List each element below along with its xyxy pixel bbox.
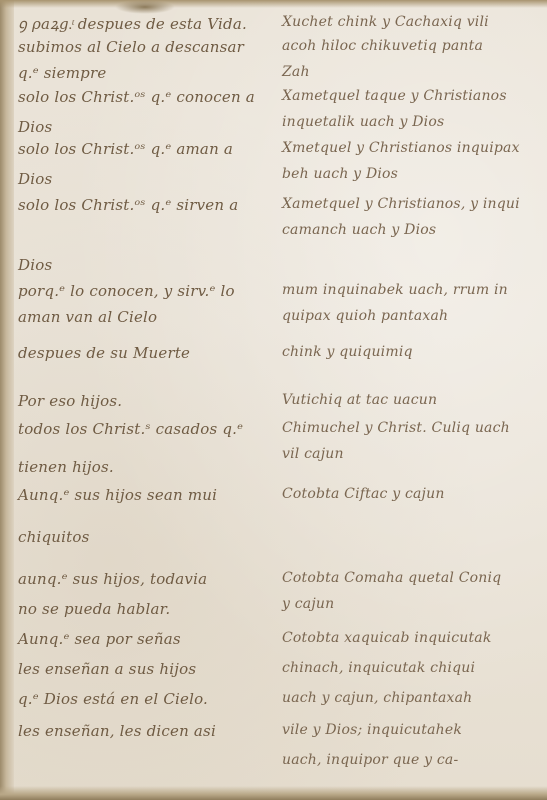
manuscript-line: solo los Christ.ᵒˢ q.ᵉ conocen a bbox=[18, 88, 255, 106]
page-top-edge bbox=[0, 0, 547, 8]
manuscript-line: inquetalik uach y Dios bbox=[282, 114, 444, 130]
manuscript-line: Xmetquel y Christianos inquipax bbox=[282, 140, 520, 156]
page-bottom-edge bbox=[0, 786, 547, 800]
manuscript-line: mum inquinabek uach, rrum in bbox=[282, 282, 508, 298]
manuscript-line: uach, inquipor que y ca- bbox=[282, 752, 458, 768]
page-binding-edge bbox=[0, 0, 14, 800]
manuscript-line: beh uach y Dios bbox=[282, 166, 398, 182]
manuscript-line: Aunq.ᵉ sea por señas bbox=[18, 630, 181, 648]
manuscript-line: despues de su Muerte bbox=[18, 344, 190, 362]
manuscript-line: todos los Christ.ˢ casados q.ᵉ bbox=[18, 420, 243, 438]
manuscript-line: q.ᵉ siempre bbox=[18, 64, 106, 82]
manuscript-line: Cotobta xaquicab inquicutak bbox=[282, 630, 492, 646]
manuscript-line: Dios bbox=[18, 118, 52, 136]
manuscript-line: subimos al Cielo a descansar bbox=[18, 38, 244, 56]
manuscript-line: chinach, inquicutak chiqui bbox=[282, 660, 475, 676]
manuscript-line: Xametquel y Christianos, y inqui bbox=[282, 196, 520, 212]
manuscript-line: Zah bbox=[282, 64, 310, 80]
manuscript-line: Xuchet chink y Cachaxiq vili bbox=[282, 14, 489, 30]
manuscript-line: quipax quioh pantaxah bbox=[282, 308, 448, 324]
manuscript-line: uach y cajun, chipantaxah bbox=[282, 690, 472, 706]
manuscript-line: solo los Christ.ᵒˢ q.ᵉ aman a bbox=[18, 140, 233, 158]
manuscript-line: aman van al Cielo bbox=[18, 308, 157, 326]
manuscript-line: Vutichiq at tac uacun bbox=[282, 392, 437, 408]
manuscript-line: Chimuchel y Christ. Culiq uach bbox=[282, 420, 510, 436]
manuscript-line: Aunq.ᵉ sus hijos sean mui bbox=[18, 486, 217, 504]
manuscript-line: acoh hiloc chikuvetiq panta bbox=[282, 38, 483, 54]
manuscript-line: Por eso hijos. bbox=[18, 392, 122, 410]
manuscript-page: ꝯ ρaꝝg.ͭ despues de esta Vida.subimos al… bbox=[0, 0, 547, 800]
manuscript-line: y cajun bbox=[282, 596, 334, 612]
manuscript-line: chiquitos bbox=[18, 528, 89, 546]
manuscript-line: les enseñan a sus hijos bbox=[18, 660, 196, 678]
manuscript-line: ꝯ ρaꝝg.ͭ despues de esta Vida. bbox=[18, 14, 247, 34]
manuscript-line: tienen hijos. bbox=[18, 458, 114, 476]
manuscript-line: q.ᵉ Dios está en el Cielo. bbox=[18, 690, 208, 708]
manuscript-line: vile y Dios; inquicutahek bbox=[282, 722, 462, 738]
paper-stain bbox=[115, 0, 175, 14]
manuscript-line: porq.ᵉ lo conocen, y sirv.ᵉ lo bbox=[18, 282, 235, 300]
manuscript-line: chink y quiquimiq bbox=[282, 344, 413, 360]
manuscript-line: vil cajun bbox=[282, 446, 344, 462]
manuscript-line: les enseñan, les dicen asi bbox=[18, 722, 216, 740]
manuscript-line: no se pueda hablar. bbox=[18, 600, 170, 618]
manuscript-line: Cotobta Ciftac y cajun bbox=[282, 486, 445, 502]
manuscript-line: solo los Christ.ᵒˢ q.ᵉ sirven a bbox=[18, 196, 238, 214]
manuscript-line: Dios bbox=[18, 256, 52, 274]
manuscript-line: Cotobta Comaha quetal Coniq bbox=[282, 570, 501, 586]
manuscript-line: camanch uach y Dios bbox=[282, 222, 436, 238]
manuscript-line: Dios bbox=[18, 170, 52, 188]
manuscript-line: aunq.ᵉ sus hijos, todavia bbox=[18, 570, 207, 588]
manuscript-line: Xametquel taque y Christianos bbox=[282, 88, 507, 104]
